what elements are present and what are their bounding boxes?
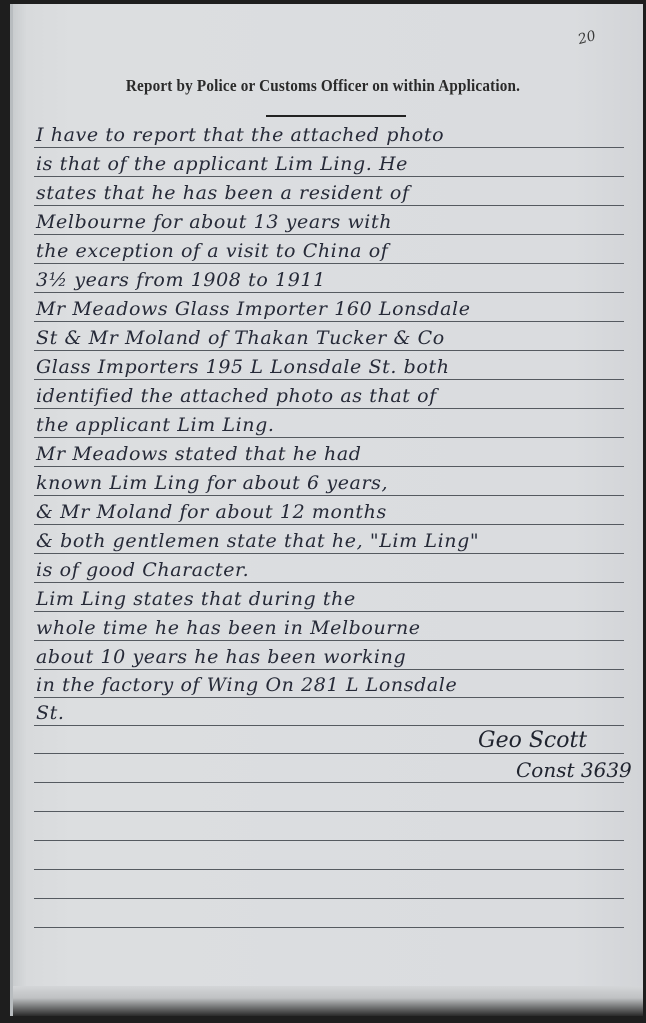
ruled-line — [34, 408, 624, 409]
ruled-line — [34, 611, 624, 612]
heading-underline — [266, 115, 406, 117]
ruled-line — [34, 697, 624, 698]
ruled-line — [34, 495, 624, 496]
report-line: Lim Ling states that during the — [36, 588, 636, 610]
ruled-line — [34, 869, 624, 870]
ruled-line — [34, 553, 624, 554]
ruled-line — [34, 840, 624, 841]
report-line: whole time he has been in Melbourne — [36, 617, 636, 639]
ruled-line — [34, 176, 624, 177]
report-line: St & Mr Moland of Thakan Tucker & Co — [36, 327, 636, 349]
report-line: in the factory of Wing On 281 L Lonsdale — [36, 674, 636, 696]
ruled-line — [34, 753, 624, 754]
ruled-line — [34, 811, 624, 812]
report-line: is of good Character. — [36, 559, 636, 581]
report-line: Mr Meadows Glass Importer 160 Lonsdale — [36, 298, 636, 320]
report-line: & both gentlemen state that he, "Lim Lin… — [36, 530, 636, 552]
report-line: Glass Importers 195 L Lonsdale St. both — [36, 356, 636, 378]
ruled-line — [34, 292, 624, 293]
ruled-line — [34, 205, 624, 206]
ruled-line — [34, 466, 624, 467]
report-line: 3½ years from 1908 to 1911 — [36, 269, 636, 291]
report-line: St. — [36, 702, 636, 724]
report-line: Mr Meadows stated that he had — [36, 443, 636, 465]
ruled-line — [34, 263, 624, 264]
report-line: is that of the applicant Lim Ling. He — [36, 153, 636, 175]
report-line: about 10 years he has been working — [36, 646, 636, 668]
form-heading: Report by Police or Customs Officer on w… — [26, 76, 620, 96]
ruled-line — [34, 582, 624, 583]
ruled-line — [34, 524, 624, 525]
ruled-line — [34, 725, 624, 726]
officer-signature: Geo Scott — [478, 728, 587, 753]
ruled-line — [34, 437, 624, 438]
ruled-line — [34, 898, 624, 899]
report-line: states that he has been a resident of — [36, 182, 636, 204]
ruled-line — [34, 321, 624, 322]
report-line: identified the attached photo as that of — [36, 385, 636, 407]
ruled-line — [34, 350, 624, 351]
report-line: Melbourne for about 13 years with — [36, 211, 636, 233]
ruled-line — [34, 147, 624, 148]
ruled-line — [34, 379, 624, 380]
ruled-line — [34, 782, 624, 783]
report-line: & Mr Moland for about 12 months — [36, 501, 636, 523]
officer-rank-number: Const 3639 — [516, 758, 632, 782]
report-line: the applicant Lim Ling. — [36, 414, 636, 436]
report-line: known Lim Ling for about 6 years, — [36, 472, 636, 494]
page-bottom-edge — [13, 986, 643, 1016]
ruled-line — [34, 927, 624, 928]
report-line: the exception of a visit to China of — [36, 240, 636, 262]
ruled-line — [34, 640, 624, 641]
report-line: I have to report that the attached photo — [36, 124, 636, 146]
ruled-line — [34, 234, 624, 235]
ruled-line — [34, 669, 624, 670]
